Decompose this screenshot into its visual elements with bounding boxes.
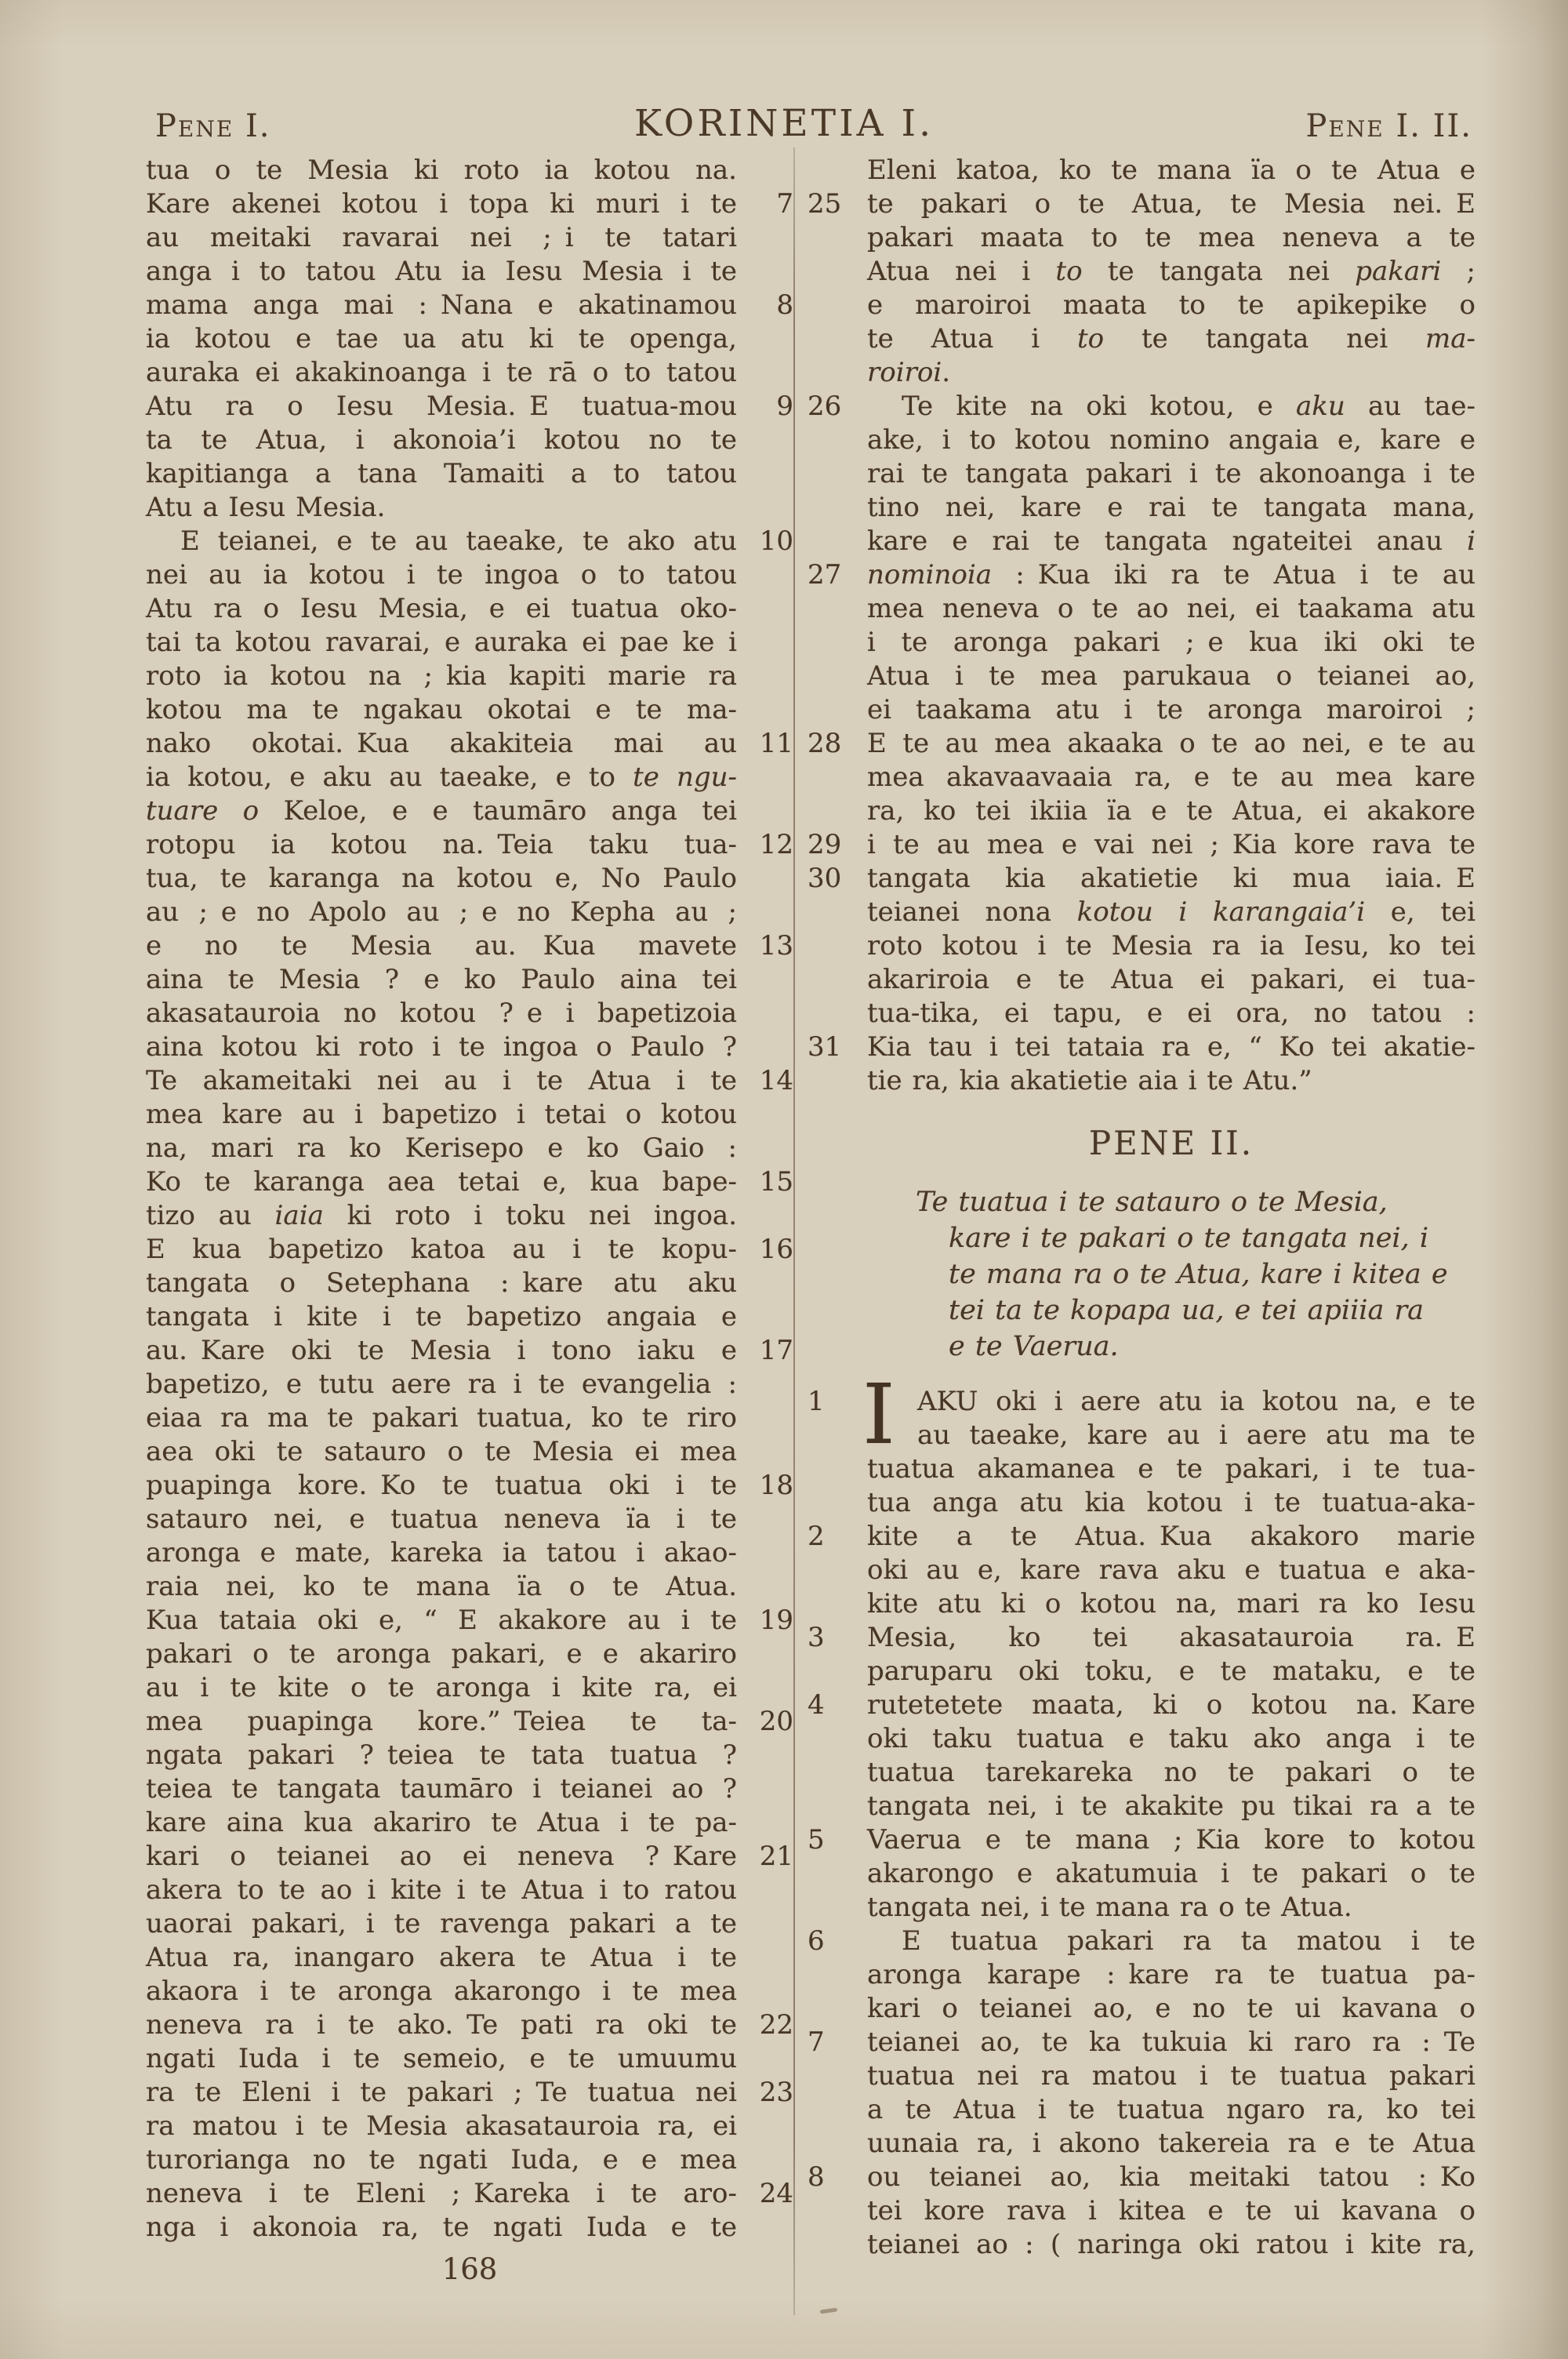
line-text: oki au e, kare rava aku e tuatua e aka- — [867, 1554, 1475, 1587]
line-text: ia kotou, e aku au taeake, e to te ngu- — [146, 761, 737, 794]
verse-number: 24 — [745, 2177, 793, 2211]
text-line: Atu a Iesu Mesia. — [146, 491, 793, 525]
line-text: Atu ra o Iesu Mesia, e ei tuatua oko- — [146, 592, 737, 626]
text-line: 23 ra te Eleni i te pakari ; Te tuatua n… — [146, 2076, 793, 2110]
line-text: rai te tangata pakari i te akonoanga i t… — [867, 457, 1475, 491]
text-line: Atu ra o Iesu Mesia, e ei tuatua oko- — [146, 592, 793, 626]
text-line: 14 Te akameitaki nei au i te Atua i te — [146, 1064, 793, 1098]
text-line: akera to te ao i kite i te Atua i to rat… — [146, 1874, 793, 1907]
line-text: aina te Mesia ? e ko Paulo aina tei — [146, 963, 737, 997]
text-line: mea neneva o te ao nei, ei taakama atu — [867, 592, 1475, 626]
line-text: Kia tau i tei tataia ra e, “ Ko tei akat… — [867, 1030, 1475, 1064]
text-line: 15 Ko te karanga aea tetai e, kua bape- — [146, 1165, 793, 1199]
verse-number: 2 — [808, 1520, 856, 1554]
text-line: Eleni katoa, ko te mana ïa o te Atua e — [867, 154, 1475, 187]
text-line: aina kotou ki roto i te ingoa o Paulo ? — [146, 1030, 793, 1064]
verse-number: 7 — [808, 2026, 856, 2059]
chapter1-right-lines: Eleni katoa, ko te mana ïa o te Atua e 2… — [867, 154, 1475, 1098]
line-text: e te Vaerua. — [916, 1329, 1475, 1365]
line-text: tuatua tarekareka no te pakari o te — [867, 1756, 1475, 1790]
line-text: tangata o Setephana : kare atu aku — [146, 1267, 737, 1300]
line-text: au i te kite o te aronga i kite ra, ei — [146, 1671, 737, 1705]
left-column: tua o te Mesia ki roto ia kotou na. 7 Ka… — [146, 154, 793, 2245]
line-text: tangata nei, i te akakite pu tikai ra a … — [867, 1790, 1475, 1823]
verse-number: 7 — [745, 187, 793, 221]
line-text: aea oki te satauro o te Mesia ei mea — [146, 1435, 737, 1469]
text-line: aronga e mate, kareka ia tatou i akao- — [146, 1536, 793, 1570]
line-text: ta te Atua, i akonoia’i kotou no te — [146, 423, 737, 457]
line-text: anga i to tatou Atu ia Iesu Mesia i te — [146, 255, 737, 289]
text-line: tangata i kite i te bapetizo angaia e — [146, 1300, 793, 1334]
line-text: uunaia ra, i akono takereia ra e te Atua — [867, 2127, 1475, 2161]
left-column-lines: tua o te Mesia ki roto ia kotou na. 7 Ka… — [146, 154, 793, 2245]
line-text: pakari o te aronga pakari, e e akariro — [146, 1637, 737, 1671]
text-line: 6 E tuatua pakari ra ta matou i te — [867, 1925, 1475, 1958]
text-line: pakari maata to te mea neneva a te — [867, 221, 1475, 255]
line-text: Vaerua e te mana ; Kia kore to kotou — [867, 1823, 1475, 1857]
line-text: i te au mea e vai nei ; Kia kore rava te — [867, 828, 1475, 862]
line-text: akera to te ao i kite i te Atua i to rat… — [146, 1874, 737, 1907]
chapter2-verses: I 1 AKU oki i aere atu ia kotou na, e te… — [867, 1385, 1475, 2262]
line-text: ei taakama atu i te aronga maroiroi ; — [867, 693, 1475, 727]
text-line: ra matou i te Mesia akasatauroia ra, ei — [146, 2110, 793, 2143]
line-text: teianei ao : ( naringa oki ratou i kite … — [867, 2228, 1475, 2262]
line-text: tuare o Keloe, e e taumāro anga tei — [146, 794, 737, 828]
text-line: nei au ia kotou i te ingoa o to tatou — [146, 558, 793, 592]
text-line: akasatauroia no kotou ? e i bapetizoia — [146, 997, 793, 1030]
line-text: rotopu ia kotou na. Teia taku tua- — [146, 828, 737, 862]
text-line: 27 nominoia : Kua iki ra te Atua i te au — [867, 558, 1475, 592]
line-text: tua anga atu kia kotou i te tuatua-aka- — [867, 1486, 1475, 1520]
line-text: te mana ra o te Atua, kare i kitea e — [916, 1256, 1475, 1292]
line-text: kari o teianei ao ei neneva ? Kare — [146, 1840, 737, 1874]
text-line: kapitianga a tana Tamaiti a to tatou — [146, 457, 793, 491]
text-line: Te tuatua i te satauro o te Mesia, — [916, 1184, 1475, 1220]
line-text: akaora i te aronga akarongo i te mea — [146, 1975, 737, 2008]
line-text: tei kore rava i kitea e te ui kavana o — [867, 2194, 1475, 2228]
text-line: tei kore rava i kitea e te ui kavana o — [867, 2194, 1475, 2228]
text-line: roiroi. — [867, 356, 1475, 390]
line-text: nei au ia kotou i te ingoa o to tatou — [146, 558, 737, 592]
line-text: ia kotou e tae ua atu ki te openga, — [146, 322, 737, 356]
text-line: raia nei, ko te mana ïa o te Atua. — [146, 1570, 793, 1604]
text-line: 30 tangata kia akatietie ki mua iaia. E — [867, 862, 1475, 896]
verse-number: 5 — [808, 1823, 856, 1857]
line-text: aronga karape : kare ra te tuatua pa- — [867, 1958, 1475, 1992]
line-text: mea puapinga kore.” Teiea te ta- — [146, 1705, 737, 1739]
text-line: anga i to tatou Atu ia Iesu Mesia i te — [146, 255, 793, 289]
text-line: na, mari ra ko Kerisepo e ko Gaio : — [146, 1132, 793, 1165]
line-text: mea akavaavaaia ra, e te au mea kare — [867, 761, 1475, 794]
line-text: pakari maata to te mea neneva a te — [867, 221, 1475, 255]
text-line: aea oki te satauro o te Mesia ei mea — [146, 1435, 793, 1469]
line-text: ngata pakari ? teiea te tata tuatua ? — [146, 1739, 737, 1772]
text-line: pakari o te aronga pakari, e e akariro — [146, 1637, 793, 1671]
text-line: ei taakama atu i te aronga maroiroi ; — [867, 693, 1475, 727]
text-line: te mana ra o te Atua, kare i kitea e — [916, 1256, 1475, 1292]
line-text: te Atua i to te tangata nei ma- — [867, 322, 1475, 356]
text-line: 17 au. Kare oki te Mesia i tono iaku e — [146, 1334, 793, 1368]
text-line: 16 E kua bapetizo katoa au i te kopu- — [146, 1233, 793, 1267]
text-line: tua o te Mesia ki roto ia kotou na. — [146, 154, 793, 187]
verse-number: 11 — [745, 727, 793, 761]
text-line: tuatua tarekareka no te pakari o te — [867, 1756, 1475, 1790]
line-text: eiaa ra ma te pakari tuatua, ko te riro — [146, 1401, 737, 1435]
line-text: mea kare au i bapetizo i tetai o kotou — [146, 1098, 737, 1132]
line-text: paruparu oki toku, e te mataku, e te — [867, 1655, 1475, 1688]
text-line: akariroia e te Atua ei pakari, ei tua- — [867, 963, 1475, 997]
text-line: ngata pakari ? teiea te tata tuatua ? — [146, 1739, 793, 1772]
text-line: ia kotou, e aku au taeake, e to te ngu- — [146, 761, 793, 794]
text-line: tizo au iaia ki roto i toku nei ingoa. — [146, 1199, 793, 1233]
verse-number: 27 — [808, 558, 856, 592]
text-line: au i te kite o te aronga i kite ra, ei — [146, 1671, 793, 1705]
line-text: mama anga mai : Nana e akatinamou — [146, 289, 737, 322]
verse-number: 13 — [745, 929, 793, 963]
text-line: kotou ma te ngakau okotai e te ma- — [146, 693, 793, 727]
text-line: teianei ao : ( naringa oki ratou i kite … — [867, 2228, 1475, 2262]
chapter-heading: PENE II. — [867, 1121, 1475, 1165]
line-text: Te tuatua i te satauro o te Mesia, — [916, 1184, 1475, 1220]
text-line: Atua ra, inangaro akera te Atua i te — [146, 1941, 793, 1975]
line-text: teianei nona kotou i karangaia’i e, tei — [867, 896, 1475, 929]
text-line: 3 Mesia, ko tei akasatauroia ra. E — [867, 1621, 1475, 1655]
text-line: teianei nona kotou i karangaia’i e, tei — [867, 896, 1475, 929]
line-text: tino nei, kare e rai te tangata mana, — [867, 491, 1475, 525]
text-line: ra, ko tei ikiia ïa e te Atua, ei akakor… — [867, 794, 1475, 828]
text-line: tei ta te kopapa ua, e tei apiiia ra — [916, 1292, 1475, 1329]
text-line: turorianga no te ngati Iuda, e e mea — [146, 2143, 793, 2177]
verse-number: 14 — [745, 1064, 793, 1098]
text-line: 7 teianei ao, te ka tukuia ki raro ra : … — [867, 2026, 1475, 2059]
text-line: 2 kite a te Atua. Kua akakoro marie — [867, 1520, 1475, 1554]
verse-number: 19 — [745, 1604, 793, 1637]
line-text: rutetetete maata, ki o kotou na. Kare — [867, 1688, 1475, 1722]
text-line: te Atua i to te tangata nei ma- — [867, 322, 1475, 356]
text-line: nga i akonoia ra, te ngati Iuda e te — [146, 2211, 793, 2245]
line-text: au taeake, kare au i aere atu ma te — [867, 1419, 1475, 1452]
verse-number: 29 — [808, 828, 856, 862]
line-text: a te Atua i te tuatua ngaro ra, ko tei — [867, 2093, 1475, 2127]
line-text: puapinga kore. Ko te tuatua oki i te — [146, 1469, 737, 1503]
verse-number: 9 — [745, 390, 793, 423]
text-line: roto ia kotou na ; kia kapiti marie ra — [146, 660, 793, 693]
verse-number: 18 — [745, 1469, 793, 1503]
line-text: akasatauroia no kotou ? e i bapetizoia — [146, 997, 737, 1030]
line-text: E tuatua pakari ra ta matou i te — [867, 1925, 1475, 1958]
text-line: eiaa ra ma te pakari tuatua, ko te riro — [146, 1401, 793, 1435]
text-line: 1 AKU oki i aere atu ia kotou na, e te — [867, 1385, 1475, 1419]
line-text: nako okotai. Kua akakiteia mai au — [146, 727, 737, 761]
line-text: roto ia kotou na ; kia kapiti marie ra — [146, 660, 737, 693]
text-line: tuatua nei ra matou i te tuatua pakari — [867, 2059, 1475, 2093]
line-text: E teianei, e te au taeake, te ako atu — [146, 525, 737, 558]
text-line: akaora i te aronga akarongo i te mea — [146, 1975, 793, 2008]
verse-number: 1 — [808, 1385, 856, 1419]
column-divider-rule — [793, 147, 795, 2315]
text-line: 11 nako okotai. Kua akakiteia mai au — [146, 727, 793, 761]
text-line: tino nei, kare e rai te tangata mana, — [867, 491, 1475, 525]
line-text: kare e rai te tangata ngateitei anau i — [867, 525, 1475, 558]
text-line: tai ta kotou ravarai, e auraka ei pae ke… — [146, 626, 793, 660]
chapter2-summary-lines: Te tuatua i te satauro o te Mesia, kare … — [916, 1184, 1475, 1365]
line-text: i te aronga pakari ; e kua iki oki te — [867, 626, 1475, 660]
line-text: Eleni katoa, ko te mana ïa o te Atua e — [867, 154, 1475, 187]
text-line: bapetizo, e tutu aere ra i te evangelia … — [146, 1368, 793, 1401]
verse-number: 3 — [808, 1621, 856, 1655]
line-text: akariroia e te Atua ei pakari, ei tua- — [867, 963, 1475, 997]
chapter2-summary: Te tuatua i te satauro o te Mesia, kare … — [916, 1184, 1475, 1365]
line-text: ou teianei ao, kia meitaki tatou : Ko — [867, 2161, 1475, 2194]
text-line: 13 e no te Mesia au. Kua mavete — [146, 929, 793, 963]
line-text: akarongo e akatumuia i te pakari o te — [867, 1857, 1475, 1891]
text-line: mea akavaavaaia ra, e te au mea kare — [867, 761, 1475, 794]
line-text: roiroi. — [867, 356, 1475, 390]
verse-number: 23 — [745, 2076, 793, 2110]
line-text: e maroiroi maata to te apikepike o — [867, 289, 1475, 322]
line-text: tua, te karanga na kotou e, No Paulo — [146, 862, 737, 896]
line-text: kare aina kua akariro te Atua i te pa- — [146, 1806, 737, 1840]
line-text: aronga e mate, kareka ia tatou i akao- — [146, 1536, 737, 1570]
text-line: 5 Vaerua e te mana ; Kia kore to kotou — [867, 1823, 1475, 1857]
line-text: tei ta te kopapa ua, e tei apiiia ra — [916, 1292, 1475, 1329]
line-text: Mesia, ko tei akasatauroia ra. E — [867, 1621, 1475, 1655]
text-line: au ; e no Apolo au ; e no Kepha au ; — [146, 896, 793, 929]
text-line: aina te Mesia ? e ko Paulo aina tei — [146, 963, 793, 997]
text-line: tuare o Keloe, e e taumāro anga tei — [146, 794, 793, 828]
text-line: 10 E teianei, e te au taeake, te ako atu — [146, 525, 793, 558]
line-text: Ko te karanga aea tetai e, kua bape- — [146, 1165, 737, 1199]
line-text: turorianga no te ngati Iuda, e e mea — [146, 2143, 737, 2177]
line-text: kapitianga a tana Tamaiti a to tatou — [146, 457, 737, 491]
verse-number: 17 — [745, 1334, 793, 1368]
text-line: 28 E te au mea akaaka o te ao nei, e te … — [867, 727, 1475, 761]
text-line: roto kotou i te Mesia ra ia Iesu, ko tei — [867, 929, 1475, 963]
chapter2-verse-lines: 1 AKU oki i aere atu ia kotou na, e te a… — [867, 1385, 1475, 2262]
line-text: Atu a Iesu Mesia. — [146, 491, 737, 525]
line-text: oki taku tuatua e taku ako anga i te — [867, 1722, 1475, 1756]
line-text: mea neneva o te ao nei, ei taakama atu — [867, 592, 1475, 626]
line-text: Atua nei i to te tangata nei pakari ; — [867, 255, 1475, 289]
text-line: tangata nei, i te mana ra o te Atua. — [867, 1891, 1475, 1925]
line-text: tangata i kite i te bapetizo angaia e — [146, 1300, 737, 1334]
running-head-right: Pene I. II. — [1305, 108, 1472, 144]
text-line: kite atu ki o kotou na, mari ra ko Iesu — [867, 1587, 1475, 1621]
text-line: 8 ou teianei ao, kia meitaki tatou : Ko — [867, 2161, 1475, 2194]
text-line: 20 mea puapinga kore.” Teiea te ta- — [146, 1705, 793, 1739]
text-line: tuatua akamanea e te pakari, i te tua- — [867, 1452, 1475, 1486]
verse-number: 15 — [745, 1165, 793, 1199]
text-line: satauro nei, e tuatua neneva ïa i te — [146, 1503, 793, 1536]
text-line: au taeake, kare au i aere atu ma te — [867, 1419, 1475, 1452]
line-text: au meitaki ravarai nei ; i te tatari — [146, 221, 737, 255]
line-text: satauro nei, e tuatua neneva ïa i te — [146, 1503, 737, 1536]
line-text: neneva i te Eleni ; Kareka i te aro- — [146, 2177, 737, 2211]
line-text: teianei ao, te ka tukuia ki raro ra : Te — [867, 2026, 1475, 2059]
verse-number: 31 — [808, 1030, 856, 1064]
verse-number: 8 — [808, 2161, 856, 2194]
text-line: kare e rai te tangata ngateitei anau i — [867, 525, 1475, 558]
page-number: 168 — [146, 2252, 793, 2286]
line-text: tua-tika, ei tapu, e ei ora, no tatou : — [867, 997, 1475, 1030]
text-line: 19 Kua tataia oki e, “ E akakore au i te — [146, 1604, 793, 1637]
line-text: nominoia : Kua iki ra te Atua i te au — [867, 558, 1475, 592]
verse-number: 12 — [745, 828, 793, 862]
verse-number: 6 — [808, 1925, 856, 1958]
text-line: 18 puapinga kore. Ko te tuatua oki i te — [146, 1469, 793, 1503]
text-line: aronga karape : kare ra te tuatua pa- — [867, 1958, 1475, 1992]
text-line: ta te Atua, i akonoia’i kotou no te — [146, 423, 793, 457]
line-text: Kua tataia oki e, “ E akakore au i te — [146, 1604, 737, 1637]
verse-number: 8 — [745, 289, 793, 322]
line-text: bapetizo, e tutu aere ra i te evangelia … — [146, 1368, 737, 1401]
line-text: teiea te tangata taumāro i teianei ao ? — [146, 1772, 737, 1806]
line-text: tangata nei, i te mana ra o te Atua. — [867, 1891, 1475, 1925]
line-text: kite atu ki o kotou na, mari ra ko Iesu — [867, 1587, 1475, 1621]
text-line: ia kotou e tae ua atu ki te openga, — [146, 322, 793, 356]
line-text: ra matou i te Mesia akasatauroia ra, ei — [146, 2110, 737, 2143]
text-line: 9 Atu ra o Iesu Mesia. E tuatua-mou — [146, 390, 793, 423]
verse-number: 16 — [745, 1233, 793, 1267]
text-line: teiea te tangata taumāro i teianei ao ? — [146, 1772, 793, 1806]
text-line: 21 kari o teianei ao ei neneva ? Kare — [146, 1840, 793, 1874]
line-text: tizo au iaia ki roto i toku nei ingoa. — [146, 1199, 737, 1233]
text-line: tangata o Setephana : kare atu aku — [146, 1267, 793, 1300]
text-line: tua-tika, ei tapu, e ei ora, no tatou : — [867, 997, 1475, 1030]
text-line: ake, i to kotou nomino angaia e, kare e — [867, 423, 1475, 457]
verse-number: 28 — [808, 727, 856, 761]
text-line: 4 rutetetete maata, ki o kotou na. Kare — [867, 1688, 1475, 1722]
text-line: rai te tangata pakari i te akonoanga i t… — [867, 457, 1475, 491]
text-line: tua, te karanga na kotou e, No Paulo — [146, 862, 793, 896]
text-line: i te aronga pakari ; e kua iki oki te — [867, 626, 1475, 660]
text-line: Atua nei i to te tangata nei pakari ; — [867, 255, 1475, 289]
line-text: Kare akenei kotou i topa ki muri i te — [146, 187, 737, 221]
text-line: ngati Iuda i te semeio, e te umuumu — [146, 2042, 793, 2076]
text-line: 25 te pakari o te Atua, te Mesia nei. E — [867, 187, 1475, 221]
line-text: tai ta kotou ravarai, e auraka ei pae ke… — [146, 626, 737, 660]
text-line: tua anga atu kia kotou i te tuatua-aka- — [867, 1486, 1475, 1520]
text-line: tangata nei, i te akakite pu tikai ra a … — [867, 1790, 1475, 1823]
text-line: auraka ei akakinoanga i te rā o to tatou — [146, 356, 793, 390]
text-line: Atua i te mea parukaua o teianei ao, — [867, 660, 1475, 693]
text-line: 31 Kia tau i tei tataia ra e, “ Ko tei a… — [867, 1030, 1475, 1064]
text-line: akarongo e akatumuia i te pakari o te — [867, 1857, 1475, 1891]
verse-number: 21 — [745, 1840, 793, 1874]
verse-number: 10 — [745, 525, 793, 558]
verse-number: 30 — [808, 862, 856, 896]
text-line: 26 Te kite na oki kotou, e aku au tae- — [867, 390, 1475, 423]
line-text: ake, i to kotou nomino angaia e, kare e — [867, 423, 1475, 457]
verse-number: 4 — [808, 1688, 856, 1722]
text-line: a te Atua i te tuatua ngaro ra, ko tei — [867, 2093, 1475, 2127]
text-line: 8 mama anga mai : Nana e akatinamou — [146, 289, 793, 322]
line-text: kare i te pakari o te tangata nei, i — [916, 1220, 1475, 1256]
line-text: AKU oki i aere atu ia kotou na, e te — [867, 1385, 1475, 1419]
line-text: kari o teianei ao, e no te ui kavana o — [867, 1992, 1475, 2026]
right-column: Eleni katoa, ko te mana ïa o te Atua e 2… — [867, 154, 1475, 2262]
text-line: uunaia ra, i akono takereia ra e te Atua — [867, 2127, 1475, 2161]
text-line: e maroiroi maata to te apikepike o — [867, 289, 1475, 322]
text-line: oki au e, kare rava aku e tuatua e aka- — [867, 1554, 1475, 1587]
line-text: au ; e no Apolo au ; e no Kepha au ; — [146, 896, 737, 929]
line-text: Te kite na oki kotou, e aku au tae- — [867, 390, 1475, 423]
line-text: Atua i te mea parukaua o teianei ao, — [867, 660, 1475, 693]
line-text: E kua bapetizo katoa au i te kopu- — [146, 1233, 737, 1267]
text-line: mea kare au i bapetizo i tetai o kotou — [146, 1098, 793, 1132]
text-line: e te Vaerua. — [916, 1329, 1475, 1365]
text-line: au meitaki ravarai nei ; i te tatari — [146, 221, 793, 255]
text-line: paruparu oki toku, e te mataku, e te — [867, 1655, 1475, 1688]
text-line: kari o teianei ao, e no te ui kavana o — [867, 1992, 1475, 2026]
line-text: neneva ra i te ako. Te pati ra oki te — [146, 2008, 737, 2042]
line-text: te pakari o te Atua, te Mesia nei. E — [867, 187, 1475, 221]
line-text: nga i akonoia ra, te ngati Iuda e te — [146, 2211, 737, 2245]
line-text: Atua ra, inangaro akera te Atua i te — [146, 1941, 737, 1975]
book-page-scan: { "header": { "left": "Pene I.", "center… — [0, 0, 1568, 2359]
line-text: e no te Mesia au. Kua mavete — [146, 929, 737, 963]
line-text: tuatua nei ra matou i te tuatua pakari — [867, 2059, 1475, 2093]
line-text: ngati Iuda i te semeio, e te umuumu — [146, 2042, 737, 2076]
verse-number: 20 — [745, 1705, 793, 1739]
line-text: roto kotou i te Mesia ra ia Iesu, ko tei — [867, 929, 1475, 963]
line-text: Te akameitaki nei au i te Atua i te — [146, 1064, 737, 1098]
text-line: kare aina kua akariro te Atua i te pa- — [146, 1806, 793, 1840]
text-line: tie ra, kia akatietie aia i te Atu.” — [867, 1064, 1475, 1098]
line-text: aina kotou ki roto i te ingoa o Paulo ? — [146, 1030, 737, 1064]
text-line: uaorai pakari, i te ravenga pakari a te — [146, 1907, 793, 1941]
line-text: ra te Eleni i te pakari ; Te tuatua nei — [146, 2076, 737, 2110]
line-text: na, mari ra ko Kerisepo e ko Gaio : — [146, 1132, 737, 1165]
text-line: kare i te pakari o te tangata nei, i — [916, 1220, 1475, 1256]
line-text: uaorai pakari, i te ravenga pakari a te — [146, 1907, 737, 1941]
verse-number: 25 — [808, 187, 856, 221]
text-line: oki taku tuatua e taku ako anga i te — [867, 1722, 1475, 1756]
line-text: ra, ko tei ikiia ïa e te Atua, ei akakor… — [867, 794, 1475, 828]
text-line: 29 i te au mea e vai nei ; Kia kore rava… — [867, 828, 1475, 862]
line-text: Atu ra o Iesu Mesia. E tuatua-mou — [146, 390, 737, 423]
line-text: tie ra, kia akatietie aia i te Atu.” — [867, 1064, 1475, 1098]
verse-number: 22 — [745, 2008, 793, 2042]
verse-number: 26 — [808, 390, 856, 423]
line-text: kite a te Atua. Kua akakoro marie — [867, 1520, 1475, 1554]
line-text: kotou ma te ngakau okotai e te ma- — [146, 693, 737, 727]
text-line: 22 neneva ra i te ako. Te pati ra oki te — [146, 2008, 793, 2042]
line-text: tua o te Mesia ki roto ia kotou na. — [146, 154, 737, 187]
text-line: 7 Kare akenei kotou i topa ki muri i te — [146, 187, 793, 221]
line-text: auraka ei akakinoanga i te rā o to tatou — [146, 356, 737, 390]
line-text: tangata kia akatietie ki mua iaia. E — [867, 862, 1475, 896]
line-text: tuatua akamanea e te pakari, i te tua- — [867, 1452, 1475, 1486]
text-line: 24 neneva i te Eleni ; Kareka i te aro- — [146, 2177, 793, 2211]
text-line: 12 rotopu ia kotou na. Teia taku tua- — [146, 828, 793, 862]
line-text: au. Kare oki te Mesia i tono iaku e — [146, 1334, 737, 1368]
line-text: raia nei, ko te mana ïa o te Atua. — [146, 1570, 737, 1604]
line-text: E te au mea akaaka o te ao nei, e te au — [867, 727, 1475, 761]
stray-ink-mark — [820, 2307, 837, 2314]
